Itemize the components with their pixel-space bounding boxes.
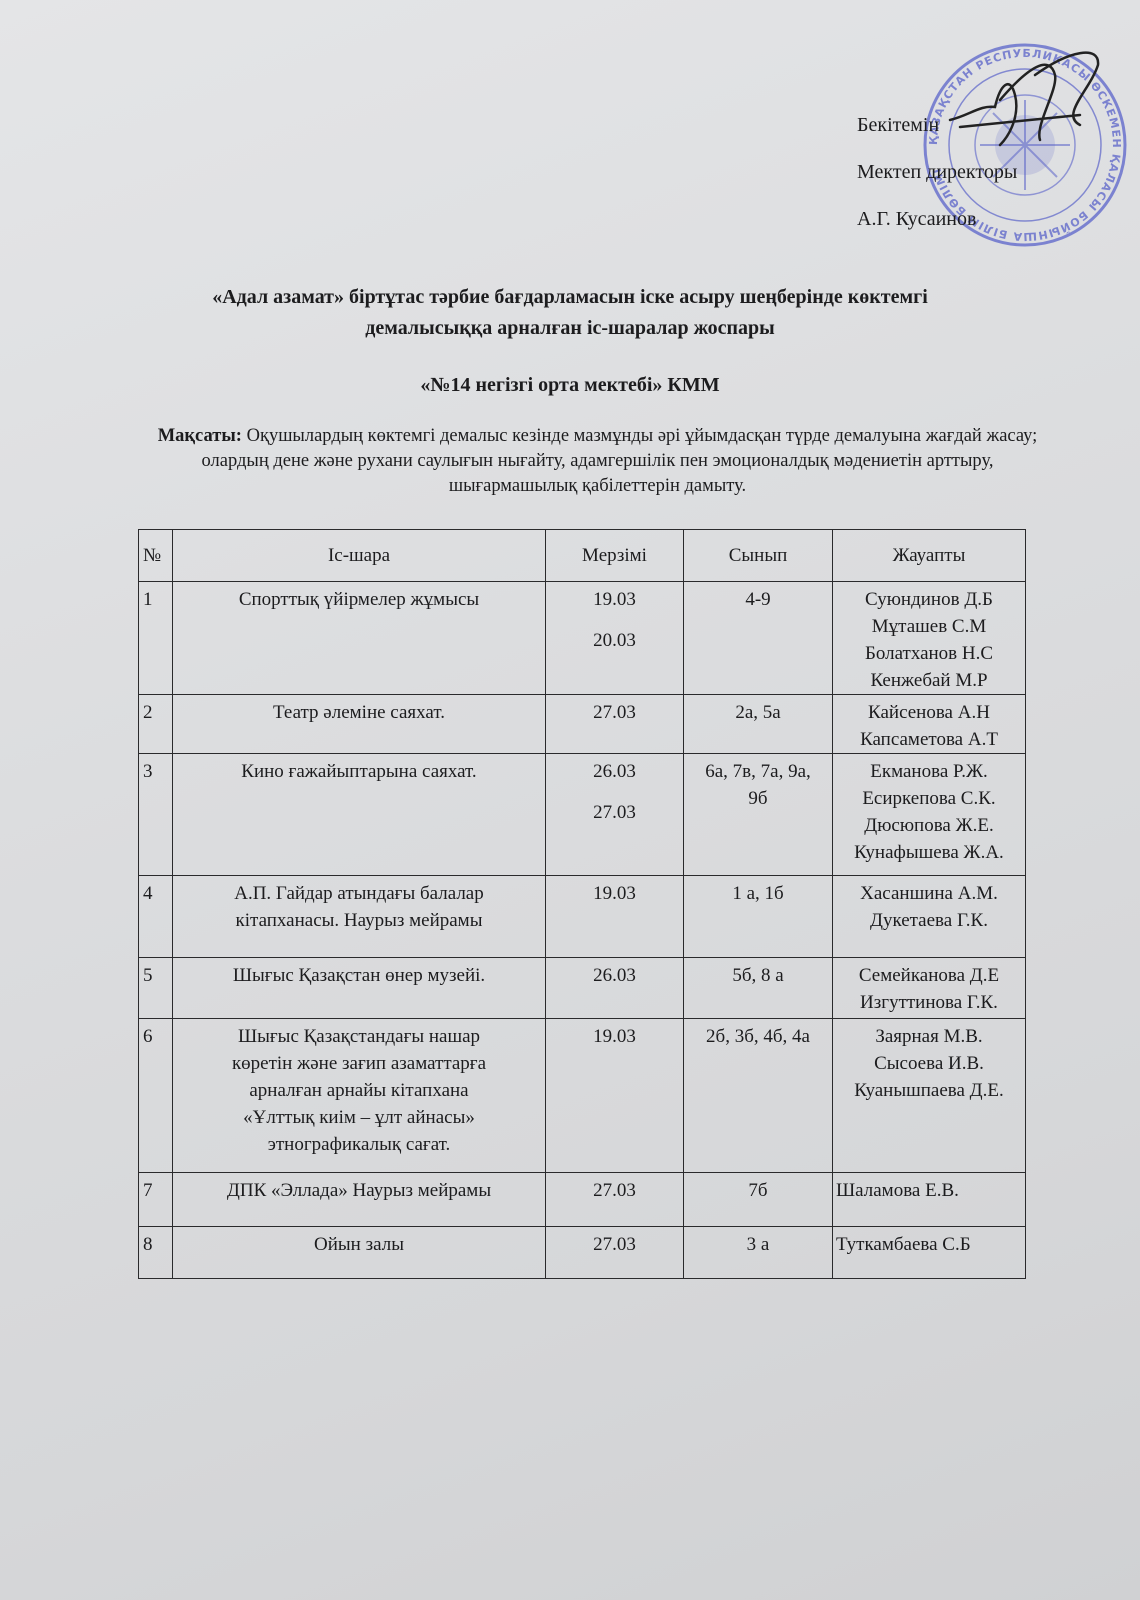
cell-event-line: арналған арнайы кітапхана xyxy=(176,1077,542,1104)
approval-block: Бекітемін Мектеп директоры А.Г. Кусаинов xyxy=(857,102,1017,243)
cell-event: Спорттық үйірмелер жұмысы xyxy=(173,582,546,695)
cell-date: 27.03 xyxy=(546,1173,684,1227)
cell-class: 2а, 5а xyxy=(684,695,833,754)
cell-event-line: Ойын залы xyxy=(176,1231,542,1258)
cell-class: 1 а, 1б xyxy=(684,876,833,958)
cell-class: 6а, 7в, 7а, 9а,9б xyxy=(684,754,833,876)
cell-number: 5 xyxy=(139,958,173,1019)
goal-label: Мақсаты: xyxy=(158,426,242,446)
cell-date-line: 27.03 xyxy=(549,1177,680,1204)
school-name: «№14 негізгі орта мектебі» КММ xyxy=(140,371,1000,399)
cell-responsible: Хасаншина А.М.Дукетаева Г.К. xyxy=(833,876,1026,958)
cell-class: 3 а xyxy=(684,1227,833,1279)
cell-responsible-line: Семейканова Д.Е xyxy=(836,962,1022,989)
header-event: Іс-шара xyxy=(173,530,546,582)
cell-event-line: ДПК «Эллада» Наурыз мейрамы xyxy=(176,1177,542,1204)
cell-event: Театр әлеміне саяхат. xyxy=(173,695,546,754)
cell-date-line: 20.03 xyxy=(549,627,680,654)
cell-number: 8 xyxy=(139,1227,173,1279)
cell-date-line: 19.03 xyxy=(549,880,680,907)
document-title: «Адал азамат» біртұтас тәрбие бағдарлама… xyxy=(140,282,1000,344)
cell-event: Шығыс Қазақстандағы нашаркөретін және за… xyxy=(173,1019,546,1173)
approve-label: Бекітемін xyxy=(857,102,1017,149)
cell-number: 6 xyxy=(139,1019,173,1173)
cell-responsible-line: Дюсюпова Ж.Е. xyxy=(836,812,1022,839)
cell-date: 19.0320.03 xyxy=(546,582,684,695)
director-position: Мектеп директоры xyxy=(857,149,1017,196)
table-row: 5Шығыс Қазақстан өнер музейі.26.035б, 8 … xyxy=(139,958,1026,1019)
cell-class: 5б, 8 а xyxy=(684,958,833,1019)
header-number: № xyxy=(139,530,173,582)
table-row: 1Спорттық үйірмелер жұмысы19.0320.034-9С… xyxy=(139,582,1026,695)
cell-responsible-line: Болатханов Н.С xyxy=(836,640,1022,667)
cell-event-line: «Ұлттық киім – ұлт айнасы» xyxy=(176,1104,542,1131)
cell-responsible: Шаламова Е.В. xyxy=(833,1173,1026,1227)
title-line-1: «Адал азамат» біртұтас тәрбие бағдарлама… xyxy=(140,282,1000,313)
cell-event: ДПК «Эллада» Наурыз мейрамы xyxy=(173,1173,546,1227)
director-name: А.Г. Кусаинов xyxy=(857,196,1017,243)
cell-responsible-line: Суюндинов Д.Б xyxy=(836,586,1022,613)
cell-date-line: 19.03 xyxy=(549,1023,680,1050)
cell-class-line: 9б xyxy=(687,785,829,812)
header-date: Мерзімі xyxy=(546,530,684,582)
cell-date: 19.03 xyxy=(546,1019,684,1173)
cell-event: Ойын залы xyxy=(173,1227,546,1279)
cell-date-line: 19.03 xyxy=(549,586,680,613)
cell-responsible-line: Заярная М.В. xyxy=(836,1023,1022,1050)
cell-class-line: 7б xyxy=(687,1177,829,1204)
cell-responsible: Туткамбаева С.Б xyxy=(833,1227,1026,1279)
cell-date-line: 26.03 xyxy=(549,758,680,785)
cell-responsible-line: Капсаметова А.Т xyxy=(836,726,1022,753)
cell-event-line: А.П. Гайдар атындағы балалар xyxy=(176,880,542,907)
table-row: 6Шығыс Қазақстандағы нашаркөретін және з… xyxy=(139,1019,1026,1173)
cell-responsible-line: Кенжебай М.Р xyxy=(836,667,1022,694)
cell-responsible-line: Дукетаева Г.К. xyxy=(836,907,1022,934)
cell-date-line: 27.03 xyxy=(549,1231,680,1258)
table-header-row: № Іс-шара Мерзімі Сынып Жауапты xyxy=(139,530,1026,582)
cell-event: А.П. Гайдар атындағы балаларкітапханасы.… xyxy=(173,876,546,958)
cell-date: 27.03 xyxy=(546,1227,684,1279)
cell-responsible: Кайсенова А.НКапсаметова А.Т xyxy=(833,695,1026,754)
cell-number: 3 xyxy=(139,754,173,876)
cell-event: Кино ғажайыптарына саяхат. xyxy=(173,754,546,876)
cell-responsible-line: Кунафышева Ж.А. xyxy=(836,839,1022,866)
goal-text: Оқушылардың көктемгі демалыс кезінде маз… xyxy=(202,426,1038,496)
cell-date: 27.03 xyxy=(546,695,684,754)
cell-class-line: 5б, 8 а xyxy=(687,962,829,989)
cell-class: 7б xyxy=(684,1173,833,1227)
header-class: Сынып xyxy=(684,530,833,582)
title-line-2: демалысыққа арналған іс-шаралар жоспары xyxy=(140,313,1000,344)
cell-responsible-line: Хасаншина А.М. xyxy=(836,880,1022,907)
cell-event-line: Шығыс Қазақстан өнер музейі. xyxy=(176,962,542,989)
table-row: 7ДПК «Эллада» Наурыз мейрамы27.037бШалам… xyxy=(139,1173,1026,1227)
cell-responsible-line: Екманова Р.Ж. xyxy=(836,758,1022,785)
cell-responsible: Суюндинов Д.БМұташев С.МБолатханов Н.СКе… xyxy=(833,582,1026,695)
cell-responsible-line: Сысоева И.В. xyxy=(836,1050,1022,1077)
table-row: 3Кино ғажайыптарына саяхат.26.0327.036а,… xyxy=(139,754,1026,876)
cell-date-line: 27.03 xyxy=(549,799,680,826)
cell-event-line: Кино ғажайыптарына саяхат. xyxy=(176,758,542,785)
header-responsible: Жауапты xyxy=(833,530,1026,582)
cell-event-line: Шығыс Қазақстандағы нашар xyxy=(176,1023,542,1050)
cell-number: 1 xyxy=(139,582,173,695)
cell-class: 2б, 3б, 4б, 4а xyxy=(684,1019,833,1173)
events-table: № Іс-шара Мерзімі Сынып Жауапты 1Спортты… xyxy=(138,529,1026,1279)
cell-responsible-line: Изгуттинова Г.К. xyxy=(836,989,1022,1016)
cell-date: 26.0327.03 xyxy=(546,754,684,876)
cell-class: 4-9 xyxy=(684,582,833,695)
cell-class-line: 3 а xyxy=(687,1231,829,1258)
cell-event-line: этнографикалық сағат. xyxy=(176,1131,542,1158)
cell-number: 2 xyxy=(139,695,173,754)
cell-date: 19.03 xyxy=(546,876,684,958)
cell-class-line: 6а, 7в, 7а, 9а, xyxy=(687,758,829,785)
cell-responsible-line: Туткамбаева С.Б xyxy=(836,1231,1022,1258)
cell-class-line: 2а, 5а xyxy=(687,699,829,726)
cell-responsible-line: Есиркепова С.К. xyxy=(836,785,1022,812)
cell-event-line: Спорттық үйірмелер жұмысы xyxy=(176,586,542,613)
cell-class-line: 4-9 xyxy=(687,586,829,613)
cell-class-line: 2б, 3б, 4б, 4а xyxy=(687,1023,829,1050)
cell-date-line: 27.03 xyxy=(549,699,680,726)
goal-paragraph: Мақсаты: Оқушылардың көктемгі демалыс ке… xyxy=(145,424,1050,499)
cell-event-line: Театр әлеміне саяхат. xyxy=(176,699,542,726)
table-row: 2Театр әлеміне саяхат.27.032а, 5аКайсено… xyxy=(139,695,1026,754)
table-row: 4А.П. Гайдар атындағы балаларкітапханасы… xyxy=(139,876,1026,958)
cell-event-line: көретін және зағип азаматтарға xyxy=(176,1050,542,1077)
cell-class-line: 1 а, 1б xyxy=(687,880,829,907)
cell-responsible-line: Куанышпаева Д.Е. xyxy=(836,1077,1022,1104)
cell-event: Шығыс Қазақстан өнер музейі. xyxy=(173,958,546,1019)
cell-responsible: Заярная М.В.Сысоева И.В.Куанышпаева Д.Е. xyxy=(833,1019,1026,1173)
cell-date-line: 26.03 xyxy=(549,962,680,989)
cell-event-line: кітапханасы. Наурыз мейрамы xyxy=(176,907,542,934)
cell-responsible: Семейканова Д.ЕИзгуттинова Г.К. xyxy=(833,958,1026,1019)
cell-date: 26.03 xyxy=(546,958,684,1019)
table-row: 8Ойын залы27.033 аТуткамбаева С.Б xyxy=(139,1227,1026,1279)
cell-responsible-line: Шаламова Е.В. xyxy=(836,1177,1022,1204)
cell-responsible-line: Кайсенова А.Н xyxy=(836,699,1022,726)
cell-number: 4 xyxy=(139,876,173,958)
cell-responsible-line: Мұташев С.М xyxy=(836,613,1022,640)
cell-responsible: Екманова Р.Ж.Есиркепова С.К.Дюсюпова Ж.Е… xyxy=(833,754,1026,876)
cell-number: 7 xyxy=(139,1173,173,1227)
